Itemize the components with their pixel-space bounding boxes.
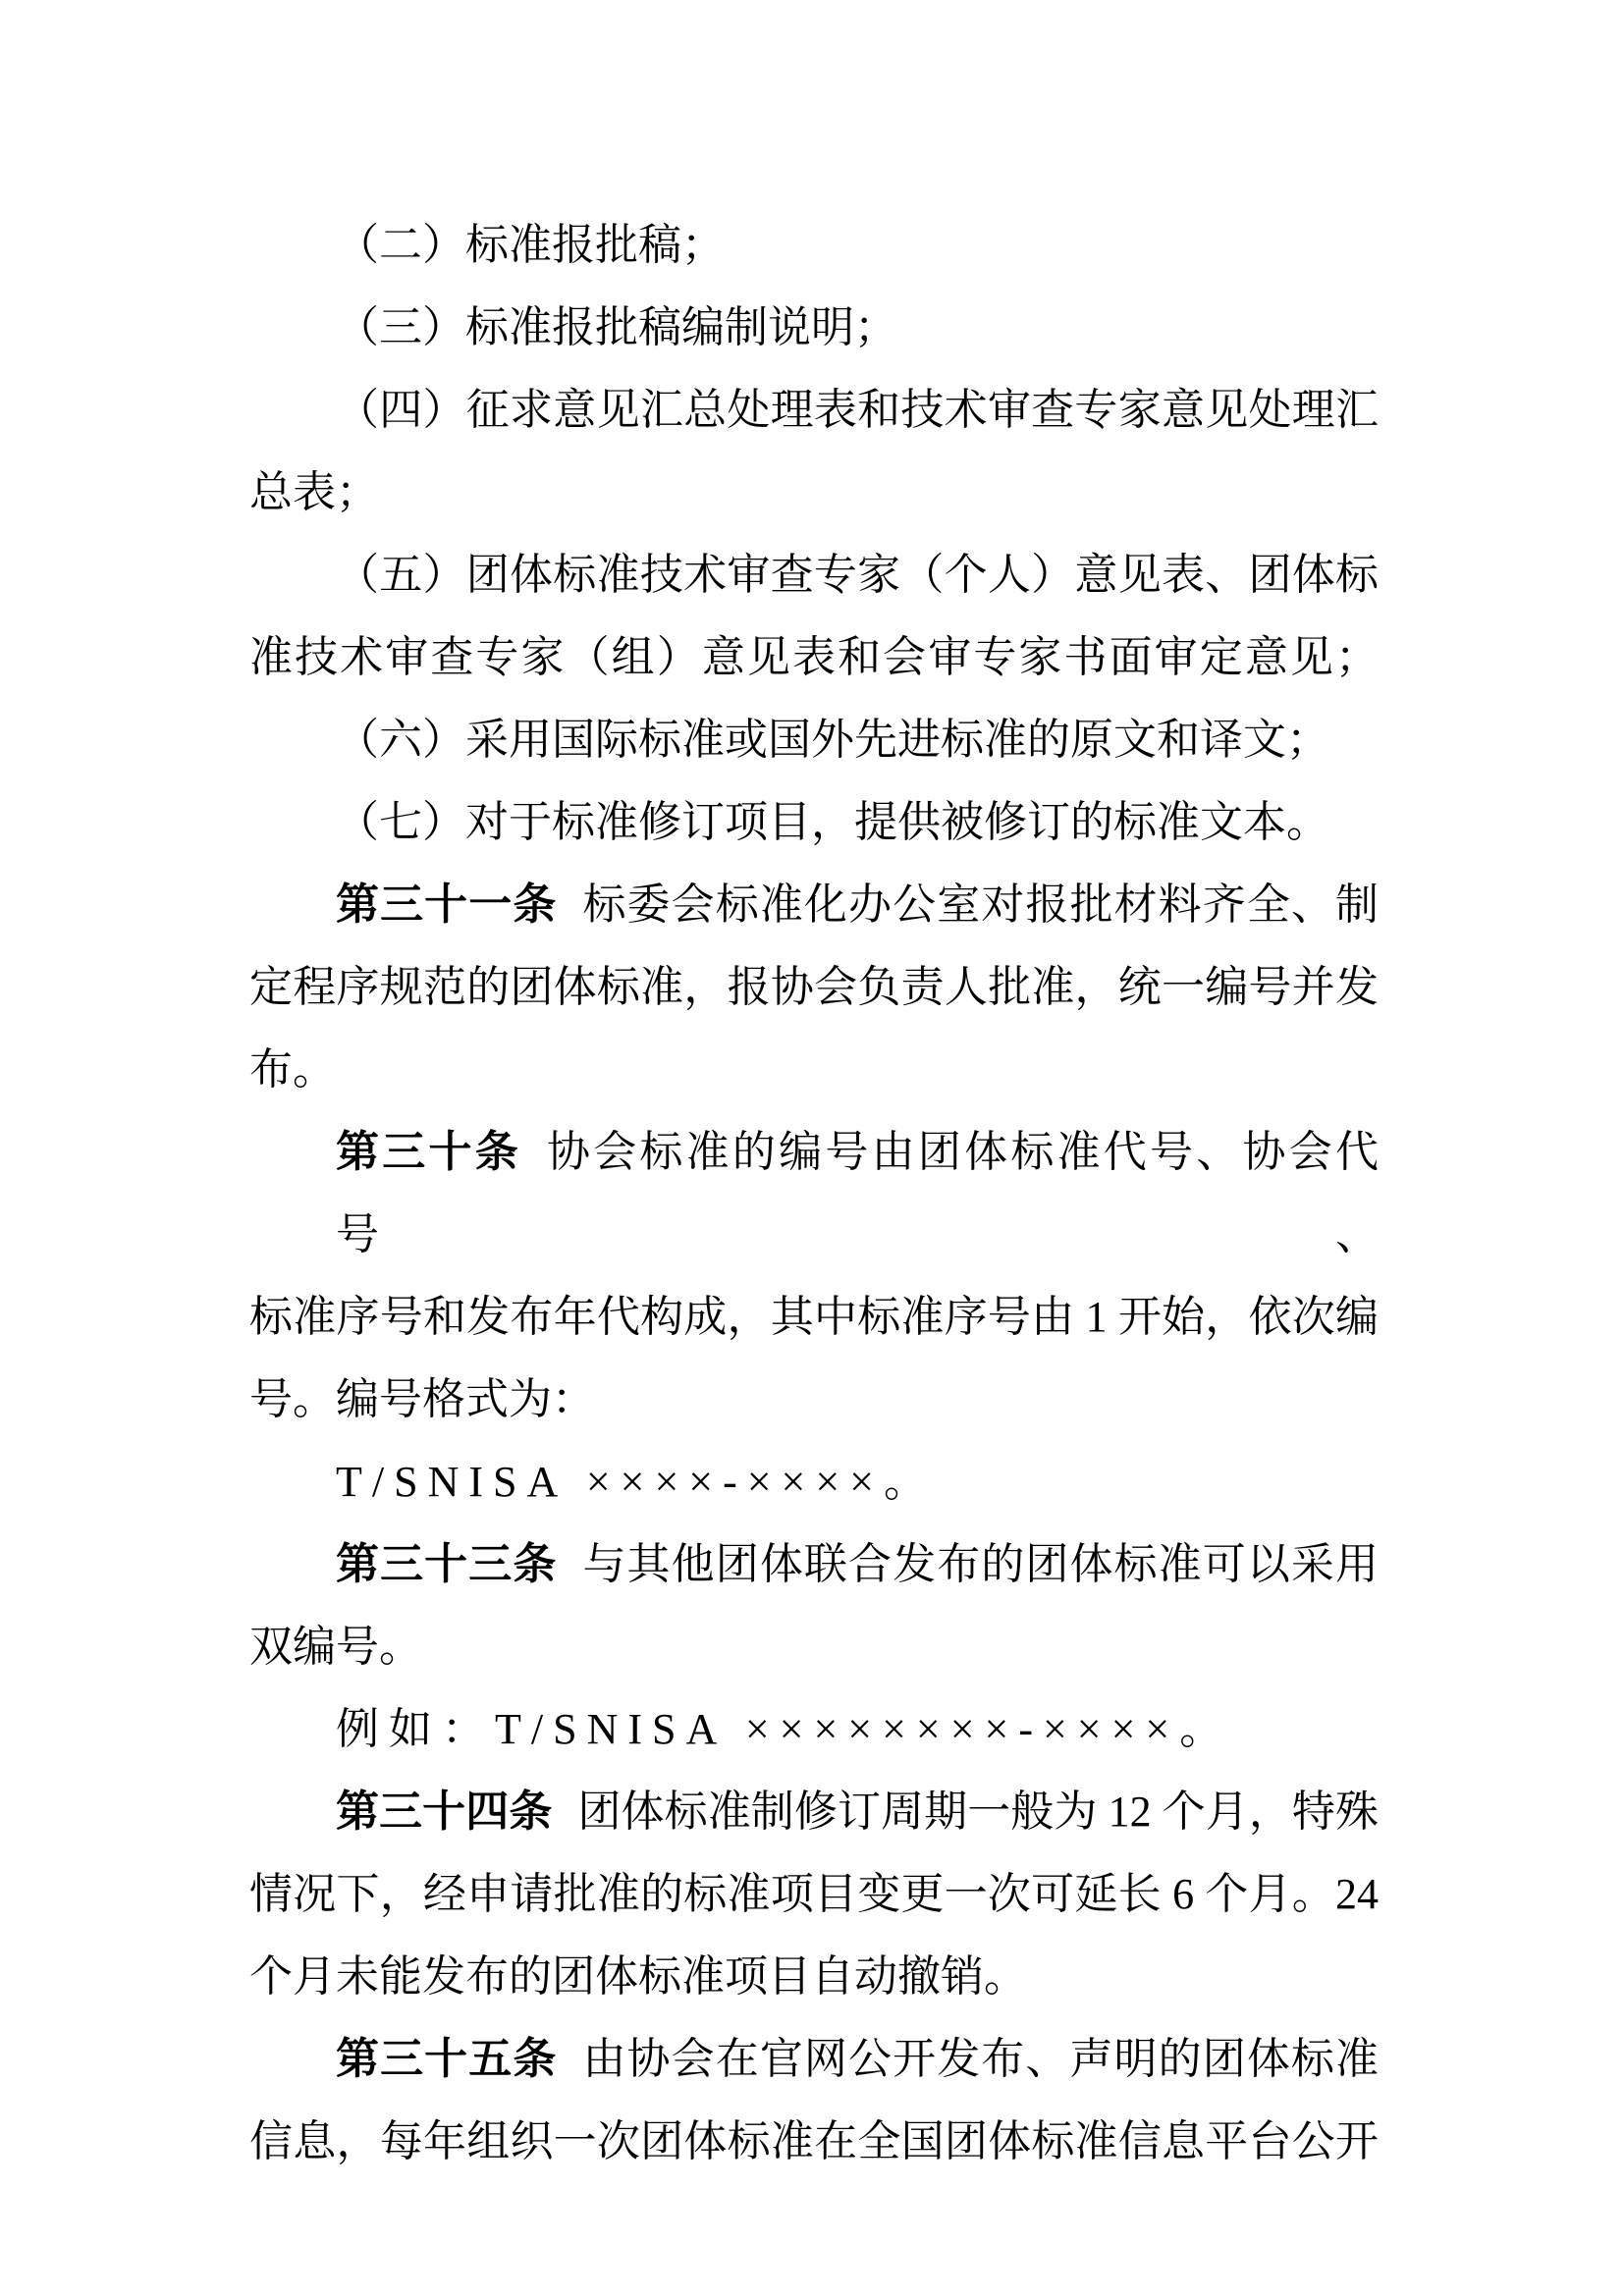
article-31-line-1: 第三十一条标委会标准化办公室对报批材料齐全、制 — [249, 864, 1379, 946]
article-35-line-2: 信息，每年组织一次团体标准在全国团体标准信息平台公开 — [249, 2101, 1379, 2183]
article-34-text: 团体标准制修订周期一般为 12 个月，特殊 — [577, 1788, 1379, 1836]
standard-number-format: T/SNISA ××××-××××。 — [249, 1441, 1379, 1523]
article-30-line-3: 号。编号格式为： — [249, 1359, 1379, 1441]
article-33-text: 与其他团体联合发布的团体标准可以采用 — [582, 1540, 1379, 1588]
article-30-heading: 第三十条 — [336, 1127, 521, 1177]
article-33-line-1: 第三十三条与其他团体联合发布的团体标准可以采用 — [249, 1523, 1379, 1606]
article-35-heading: 第三十五条 — [336, 2034, 557, 2084]
dual-number-example: 例如：T/SNISA ××××××××-××××。 — [249, 1688, 1379, 1771]
article-30-line-2: 标准序号和发布年代构成，其中标准序号由 1 开始，依次编 — [249, 1276, 1379, 1359]
clause-item-6: （六）采用国际标准或国外先进标准的原文和译文； — [249, 699, 1379, 781]
clause-item-7: （七）对于标准修订项目，提供被修订的标准文本。 — [249, 781, 1379, 864]
article-34-line-1: 第三十四条团体标准制修订周期一般为 12 个月，特殊 — [249, 1771, 1379, 1853]
clause-item-2: （二）标准报批稿； — [249, 204, 1379, 287]
article-33-line-2: 双编号。 — [249, 1606, 1379, 1688]
clause-item-5-line-2: 准技术审查专家（组）意见表和会审专家书面审定意见； — [249, 616, 1379, 699]
article-35-line-1: 第三十五条由协会在官网公开发布、声明的团体标准 — [249, 2018, 1379, 2101]
article-34-heading: 第三十四条 — [336, 1787, 552, 1837]
clause-item-4-line-2: 总表； — [249, 452, 1379, 534]
document-page: （二）标准报批稿； （三）标准报批稿编制说明； （四）征求意见汇总处理表和技术审… — [0, 0, 1624, 2296]
article-34-line-2: 情况下，经申请批准的标准项目变更一次可延长 6 个月。24 — [249, 1853, 1379, 1936]
clause-item-3: （三）标准报批稿编制说明； — [249, 287, 1379, 369]
article-31-heading: 第三十一条 — [336, 880, 557, 930]
article-31-line-3: 布。 — [249, 1029, 1379, 1111]
clause-item-5-line-1: （五）团体标准技术审查专家（个人）意见表、团体标 — [249, 534, 1379, 616]
article-35-text: 由协会在官网公开发布、声明的团体标准 — [582, 2035, 1379, 2083]
article-31-text: 标委会标准化办公室对报批材料齐全、制 — [582, 881, 1379, 929]
article-33-heading: 第三十三条 — [336, 1539, 557, 1589]
article-31-line-2: 定程序规范的团体标准，报协会负责人批准，统一编号并发 — [249, 946, 1379, 1029]
article-34-line-3: 个月未能发布的团体标准项目自动撤销。 — [249, 1936, 1379, 2018]
article-30-line-1: 第三十条协会标准的编号由团体标准代号、协会代号、 — [249, 1111, 1379, 1276]
clause-item-4-line-1: （四）征求意见汇总处理表和技术审查专家意见处理汇 — [249, 369, 1379, 452]
document-body: （二）标准报批稿； （三）标准报批稿编制说明； （四）征求意见汇总处理表和技术审… — [249, 204, 1379, 2183]
